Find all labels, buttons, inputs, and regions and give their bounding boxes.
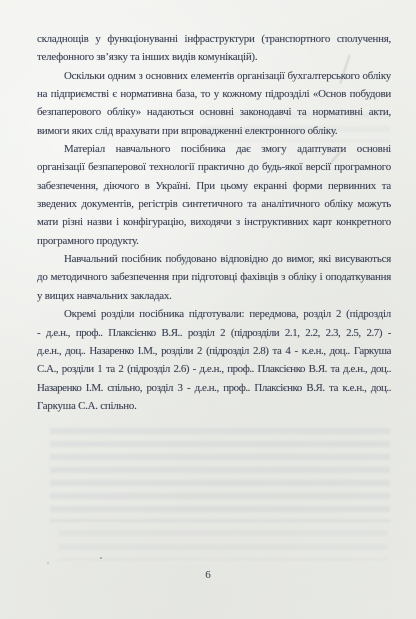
bleedthrough-texture — [58, 530, 388, 560]
paragraph: Матеріал навчального посібника дає змогу… — [37, 140, 391, 250]
scanned-page: складнощів у функціонуванні інфраструкту… — [0, 0, 416, 619]
text-line: Навчальний посібник побудовано відповідн… — [37, 250, 391, 268]
text-line: Матеріал навчального посібника дає змогу… — [37, 140, 391, 158]
text-line: на підприємстві є нормативна база, то у … — [37, 85, 391, 103]
bleedthrough-texture — [50, 428, 390, 522]
text-line: С.А., розділи 1 та 2 (підрозділ 2.6) - д… — [37, 360, 391, 378]
paper-speck — [100, 557, 102, 559]
paragraph: Оскільки одним з основних елементів орга… — [37, 67, 391, 140]
text-line: безпаперового обліку» надаються основні … — [37, 103, 391, 121]
text-line: складнощів у функціонуванні інфраструкту… — [37, 30, 391, 48]
paragraph: Навчальний посібник побудовано відповідн… — [37, 250, 391, 305]
paragraph-authors: Окремі розділи посібника підготували: пе… — [37, 305, 391, 415]
text-line: зведених документів, регістрів синтетичн… — [37, 195, 391, 213]
page-number: 6 — [0, 569, 416, 581]
text-line: програмного продукту. — [37, 232, 391, 250]
text-line: забезпечення, діючого в Україні. При цьо… — [37, 177, 391, 195]
paragraph-continuation: складнощів у функціонуванні інфраструкту… — [37, 30, 391, 67]
text-line: Оскільки одним з основних елементів орга… — [37, 67, 391, 85]
paper-speck — [47, 562, 49, 564]
text-line: Назаренко І.М. спільно, розділ 3 - д.е.н… — [37, 379, 391, 397]
body-text: складнощів у функціонуванні інфраструкту… — [37, 30, 391, 415]
text-line: до методичного забезпечення при підготов… — [37, 268, 391, 286]
text-line: вимоги яких слід врахувати при впровадже… — [37, 122, 391, 140]
text-line: Гаркуша С.А. спільно. — [37, 397, 391, 415]
text-line: організації безпаперової технології прак… — [37, 158, 391, 176]
text-line: мати різні назви і конфігурацію, виходяч… — [37, 213, 391, 231]
text-line: Окремі розділи посібника підготували: пе… — [37, 305, 391, 323]
text-line: телефонного зв’язку та інших видів комун… — [37, 48, 391, 66]
text-line: д.е.н., доц.. Назаренко І.М., розділи 2 … — [37, 342, 391, 360]
text-line: у вищих навчальних закладах. — [37, 287, 391, 305]
text-line: - д.е.н., проф.. Плаксієнко В.Я.. розділ… — [37, 324, 391, 342]
